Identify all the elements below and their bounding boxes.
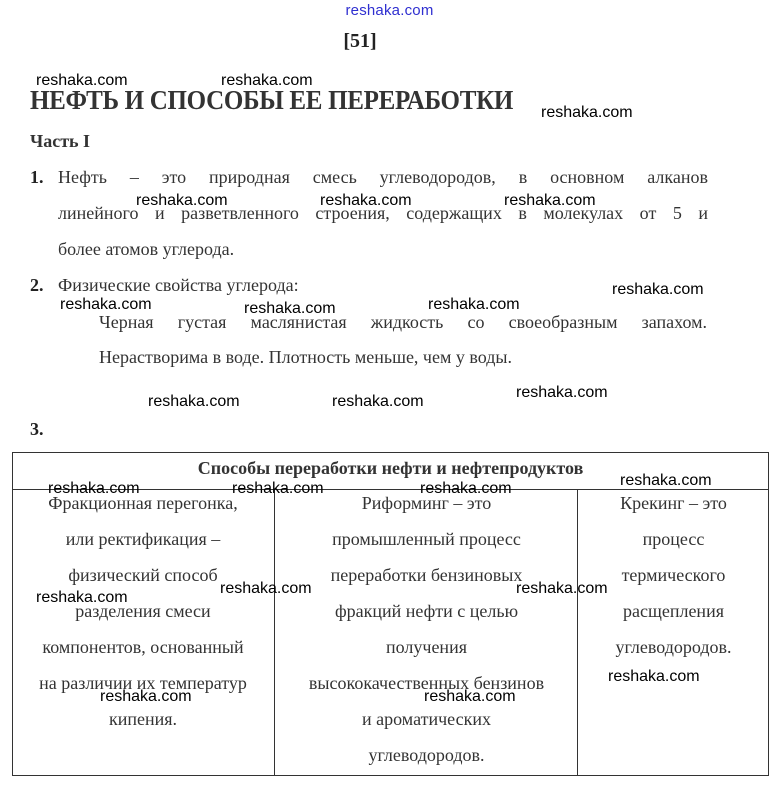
- item-number: 1.: [30, 167, 44, 188]
- cell-line: углеводородов.: [578, 634, 769, 670]
- watermark: reshaka.com: [420, 480, 512, 498]
- watermark: reshaka.com: [424, 688, 516, 706]
- cell-line: и ароматических: [275, 706, 578, 742]
- part-heading: Часть I: [30, 131, 90, 152]
- watermark: reshaka.com: [36, 589, 128, 607]
- watermark: reshaka.com: [48, 480, 140, 498]
- watermark: reshaka.com: [332, 393, 424, 411]
- cell-line: углеводородов.: [275, 742, 578, 778]
- watermark: reshaka.com: [232, 480, 324, 498]
- table-cell-reforming: Риформинг – это промышленный процесс пер…: [274, 490, 578, 775]
- item-number: 2.: [30, 275, 44, 296]
- cell-line: расщепления: [578, 598, 769, 634]
- cell-line: компонентов, основанный: [13, 634, 273, 670]
- site-watermark-top[interactable]: reshaka.com: [0, 2, 779, 19]
- processing-methods-table: Способы переработки нефти и нефтепродукт…: [12, 452, 769, 776]
- item-2-line-2: Нерастворима в воде. Плотность меньше, ч…: [99, 347, 512, 368]
- watermark: reshaka.com: [320, 192, 412, 210]
- item-2-line-1: Черная густая маслянистая жидкость со св…: [99, 312, 707, 333]
- watermark: reshaka.com: [60, 296, 152, 314]
- cell-line: получения: [275, 634, 578, 670]
- cell-line: Крекинг – это: [578, 490, 769, 526]
- watermark: reshaka.com: [428, 296, 520, 314]
- cell-line: фракций нефти с целью: [275, 598, 578, 634]
- watermark: reshaka.com: [608, 668, 700, 686]
- cell-line: промышленный процесс: [275, 526, 578, 562]
- item-3-number: 3.: [30, 419, 44, 440]
- watermark: reshaka.com: [504, 192, 596, 210]
- page-number: [51]: [0, 30, 720, 53]
- watermark: reshaka.com: [100, 688, 192, 706]
- watermark: reshaka.com: [516, 580, 608, 598]
- table-cell-distillation: Фракционная перегонка, или ректификация …: [13, 490, 273, 775]
- page-title: НЕФТЬ И СПОСОБЫ ЕЕ ПЕРЕРАБОТКИ: [30, 86, 513, 117]
- watermark: reshaka.com: [36, 72, 128, 90]
- item-1-line-1: Нефть – это природная смесь углеводородо…: [58, 167, 708, 188]
- watermark: reshaka.com: [516, 384, 608, 402]
- watermark: reshaka.com: [541, 104, 633, 122]
- watermark: reshaka.com: [220, 580, 312, 598]
- watermark: reshaka.com: [148, 393, 240, 411]
- watermark: reshaka.com: [244, 300, 336, 318]
- table-cell-cracking: Крекинг – это процесс термического расще…: [577, 490, 769, 775]
- watermark: reshaka.com: [620, 472, 712, 490]
- item-1-line-3: более атомов углерода.: [58, 239, 234, 260]
- watermark: reshaka.com: [136, 192, 228, 210]
- watermark: reshaka.com: [221, 72, 313, 90]
- watermark: reshaka.com: [612, 281, 704, 299]
- item-2-heading: Физические свойства углерода:: [58, 275, 299, 296]
- cell-line: процесс: [578, 526, 769, 562]
- cell-line: или ректификация –: [13, 526, 273, 562]
- cell-line: кипения.: [13, 706, 273, 742]
